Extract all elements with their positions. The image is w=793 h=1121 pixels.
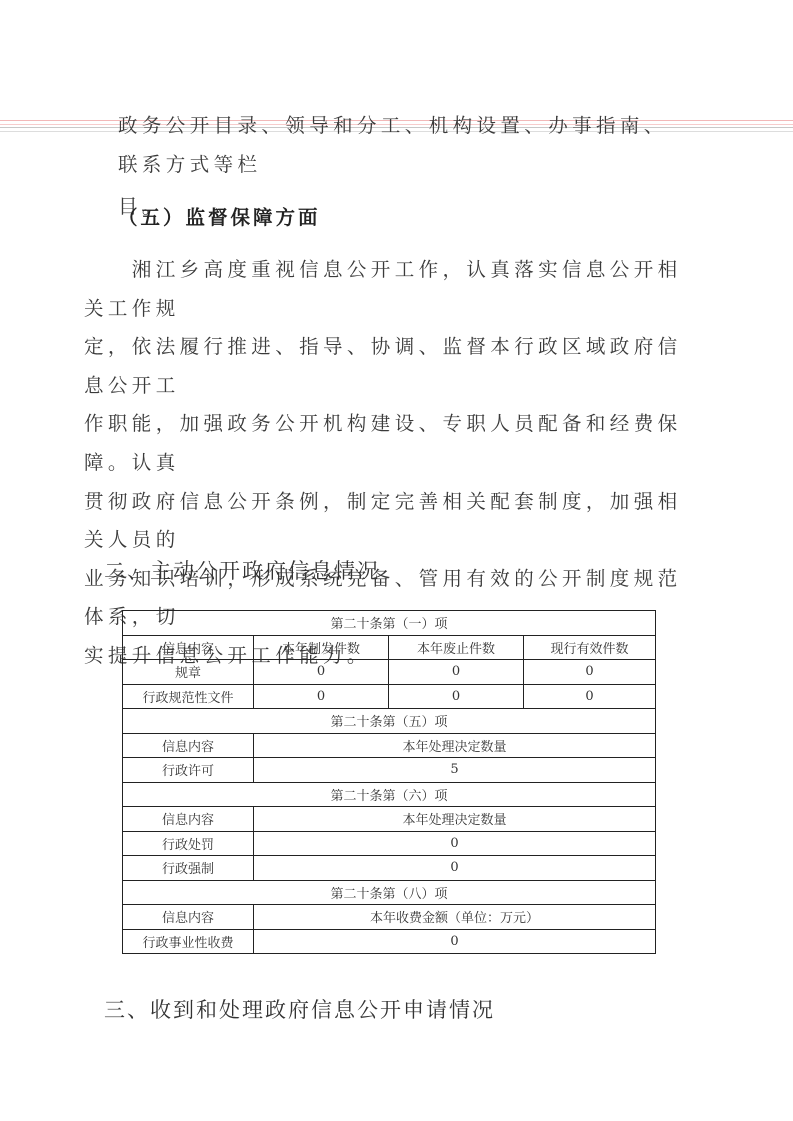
cell-value: 0 — [389, 684, 524, 709]
table-block-title-row: 第二十条第（一）项 — [123, 611, 656, 636]
cell-value: 0 — [254, 856, 656, 881]
cell-value: 0 — [254, 831, 656, 856]
column-header: 信息内容 — [123, 905, 254, 930]
table-header-row: 信息内容 本年处理决定数量 — [123, 733, 656, 758]
row-label: 规章 — [123, 660, 254, 685]
row-label: 行政事业性收费 — [123, 929, 254, 954]
text-line: 政务公开目录、领导和分工、机构设置、办事指南、联系方式等栏 — [118, 107, 678, 184]
table-header-row: 信息内容 本年处理决定数量 — [123, 807, 656, 832]
cell-value: 0 — [524, 660, 656, 685]
row-label: 行政处罚 — [123, 831, 254, 856]
section-2-title: 二、主动公开政府信息情况 — [104, 555, 380, 585]
cell-value: 0 — [389, 660, 524, 685]
column-header: 本年处理决定数量 — [254, 807, 656, 832]
table-block-title-row: 第二十条第（六）项 — [123, 782, 656, 807]
column-header: 本年收费金额（单位：万元） — [254, 905, 656, 930]
cell-value: 0 — [254, 660, 389, 685]
table-row: 行政强制 0 — [123, 856, 656, 881]
block-title: 第二十条第（五）项 — [123, 709, 656, 734]
block-title: 第二十条第（八）项 — [123, 880, 656, 905]
table-row: 行政规范性文件 0 0 0 — [123, 684, 656, 709]
column-header: 信息内容 — [123, 807, 254, 832]
column-header: 现行有效件数 — [524, 635, 656, 660]
table-row: 行政事业性收费 0 — [123, 929, 656, 954]
text-line: 定，依法履行推进、指导、协调、监督本行政区域政府信息公开工 — [84, 328, 694, 405]
cell-value: 0 — [254, 929, 656, 954]
block-title: 第二十条第（一）项 — [123, 611, 656, 636]
column-header: 本年废止件数 — [389, 635, 524, 660]
column-header: 本年制发件数 — [254, 635, 389, 660]
table-header-row: 信息内容 本年制发件数 本年废止件数 现行有效件数 — [123, 635, 656, 660]
text-line: 湘江乡高度重视信息公开工作，认真落实信息公开相关工作规 — [84, 251, 694, 328]
table-row: 行政处罚 0 — [123, 831, 656, 856]
column-header: 本年处理决定数量 — [254, 733, 656, 758]
table-row: 规章 0 0 0 — [123, 660, 656, 685]
row-label: 行政许可 — [123, 758, 254, 783]
text-line: 贯彻政府信息公开条例，制定完善相关配套制度，加强相关人员的 — [84, 483, 694, 560]
cell-value: 5 — [254, 758, 656, 783]
disclosure-table: 第二十条第（一）项 信息内容 本年制发件数 本年废止件数 现行有效件数 规章 0… — [122, 610, 656, 954]
cell-value: 0 — [524, 684, 656, 709]
row-label: 行政规范性文件 — [123, 684, 254, 709]
column-header: 信息内容 — [123, 635, 254, 660]
subheading-supervision: （五）监督保障方面 — [118, 202, 321, 230]
section-3-title: 三、收到和处理政府信息公开申请情况 — [104, 994, 495, 1024]
row-label: 行政强制 — [123, 856, 254, 881]
table-block-title-row: 第二十条第（八）项 — [123, 880, 656, 905]
table-block-title-row: 第二十条第（五）项 — [123, 709, 656, 734]
table-row: 行政许可 5 — [123, 758, 656, 783]
block-title: 第二十条第（六）项 — [123, 782, 656, 807]
table-header-row: 信息内容 本年收费金额（单位：万元） — [123, 905, 656, 930]
cell-value: 0 — [254, 684, 389, 709]
text-line: 作职能，加强政务公开机构建设、专职人员配备和经费保障。认真 — [84, 405, 694, 482]
column-header: 信息内容 — [123, 733, 254, 758]
